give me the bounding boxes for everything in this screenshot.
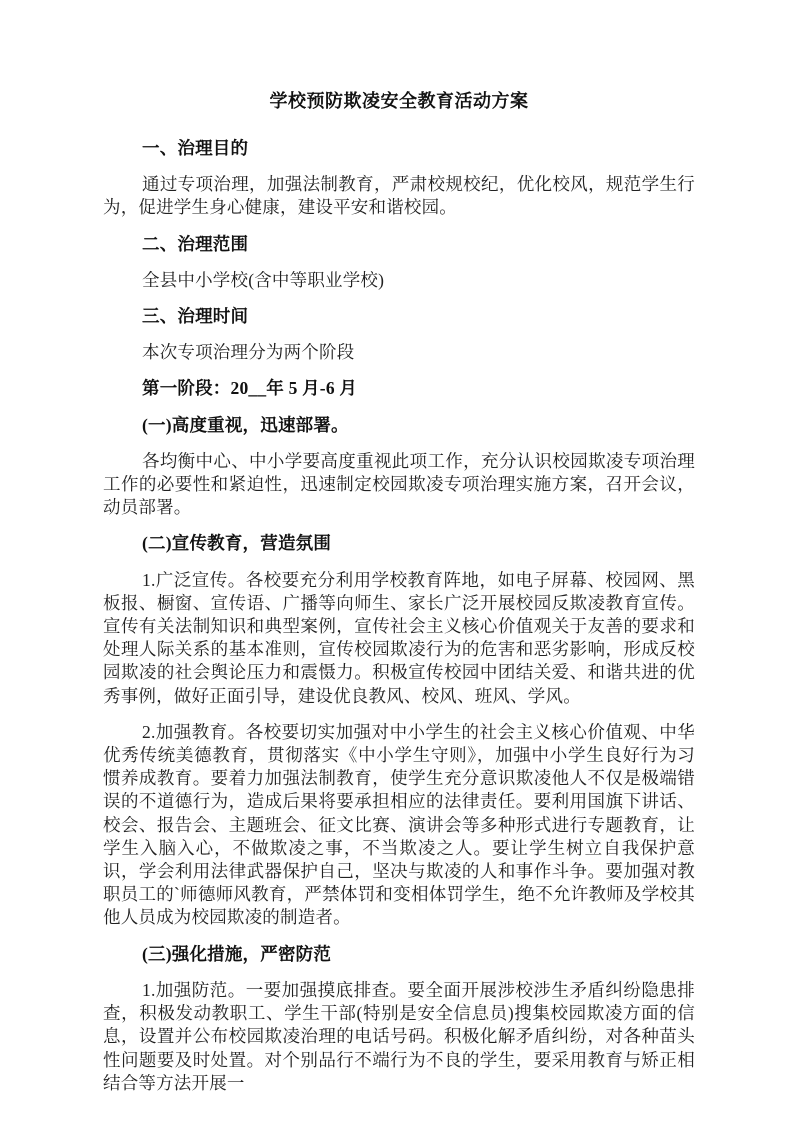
body-paragraph: 全县中小学校(含中等职业学校) xyxy=(103,269,695,292)
sub-heading: (三)强化措施，严密防范 xyxy=(103,943,695,966)
document-page: 学校预防欺凌安全教育活动方案 一、治理目的 通过专项治理，加强法制教育，严肃校规… xyxy=(0,0,793,1122)
section-heading: 三、治理时间 xyxy=(103,305,695,328)
body-paragraph: 通过专项治理，加强法制教育，严肃校规校纪，优化校风，规范学生行为，促进学生身心健… xyxy=(103,173,695,219)
phase-heading: 第一阶段：20__年 5 月-6 月 xyxy=(103,377,695,400)
section-heading: 二、治理范围 xyxy=(103,233,695,256)
sub-heading: (一)高度重视，迅速部署。 xyxy=(103,414,695,437)
section-heading: 一、治理目的 xyxy=(103,137,695,160)
body-paragraph: 各均衡中心、中小学要高度重视此项工作，充分认识校园欺凌专项治理工作的必要性和紧迫… xyxy=(103,450,695,520)
document-title: 学校预防欺凌安全教育活动方案 xyxy=(103,88,695,115)
body-paragraph: 1.加强防范。一要加强摸底排查。要全面开展涉校涉生矛盾纠纷隐患排查，积极发动教职… xyxy=(103,979,695,1095)
body-paragraph: 本次专项治理分为两个阶段 xyxy=(103,341,695,364)
sub-heading: (二)宣传教育，营造氛围 xyxy=(103,532,695,555)
body-paragraph: 2.加强教育。各校要切实加强对中小学生的社会主义核心价值观、中华优秀传统美德教育… xyxy=(103,721,695,930)
body-paragraph: 1.广泛宣传。各校要充分利用学校教育阵地，如电子屏幕、校园网、黑板报、橱窗、宣传… xyxy=(103,569,695,708)
